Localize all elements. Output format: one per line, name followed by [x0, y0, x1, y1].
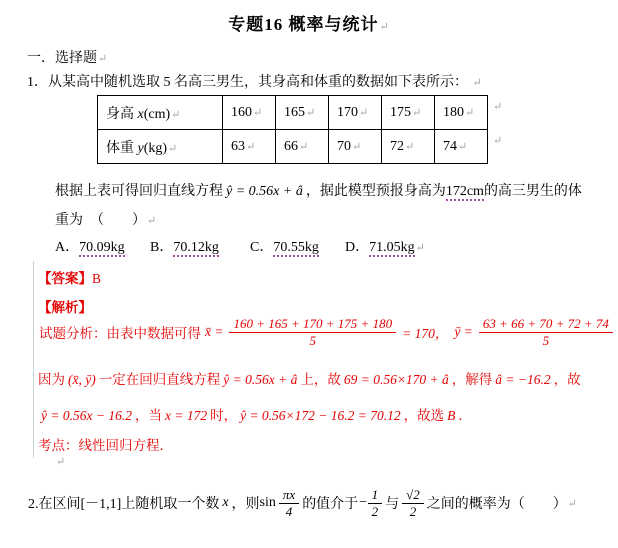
table-row-height: 身高 x(cm)↵ 160↵ 165↵ 170↵ 175↵ 180↵ [98, 96, 488, 130]
question2-text: 与 [385, 493, 399, 513]
table-row-weight: 体重 y(kg)↵ 63↵ 66↵ 70↵ 72↵ 74↵ [98, 130, 488, 164]
section-heading-text: 一．选择题 [27, 51, 97, 66]
question1-stem: 1．从某高中随机选取 5 名高三男生，其身高和体重的数据如下表所示： ↵ [27, 71, 482, 91]
paragraph-mark-icon: ↵ [246, 141, 255, 153]
fraction-numerator: 1 [368, 487, 383, 504]
table-cell: 160↵ [223, 96, 276, 130]
xbar-result: = 170， [402, 322, 448, 342]
analysis-text: ，当 [135, 408, 162, 423]
table-cell: 66↵ [276, 130, 329, 164]
option-letter: A． [55, 240, 79, 255]
paragraph-mark-icon: ↵ [465, 107, 474, 119]
option-d: D．71.05kg↵ [345, 236, 425, 256]
option-b: B．70.12kg [150, 236, 219, 256]
fraction-ybar: 63 + 66 + 70 + 72 + 745 [479, 316, 613, 348]
cell-value: 170 [337, 105, 358, 120]
paragraph-mark-icon: ↵ [493, 100, 502, 113]
section-heading: 一．选择题↵ [27, 47, 107, 67]
paragraph-mark-icon: ↵ [416, 242, 425, 254]
paragraph-mark-icon: ↵ [380, 21, 390, 33]
analysis-text: ，故 [554, 372, 581, 387]
para-text: 的高三男生的体 [484, 184, 582, 199]
analysis-keypoint: 考点：线性回归方程． [38, 434, 173, 454]
option-value: 71.05kg [369, 240, 415, 257]
table-cell: 70↵ [329, 130, 382, 164]
regression-paragraph-line1: 根据上表可得回归直线方程ŷ = 0.56x + â，据此模型预报身高为172cm… [55, 180, 582, 200]
prediction-computation: ŷ = 0.56×172 − 16.2 = 70.12 [240, 408, 401, 423]
paragraph-mark-icon: ↵ [253, 107, 262, 119]
regression-paragraph-line2: 重为 （ ）↵ [55, 209, 156, 229]
analysis-text: 时， [210, 408, 237, 423]
fraction-denominator: 2 [406, 504, 421, 520]
table-cell-height-label: 身高 x(cm)↵ [98, 96, 223, 130]
paragraph-mark-icon: ↵ [306, 107, 315, 119]
fraction-denominator: 5 [539, 333, 554, 349]
question2-text: 之间的概率为（ ） [427, 493, 567, 513]
xbar-equals: x̄ = [205, 324, 223, 340]
answer-label: 【答案】 [38, 271, 92, 286]
analysis-line2: 因为(x̄, ȳ)一定在回归直线方程ŷ = 0.56x + â上，故69 = 0… [38, 368, 581, 388]
table-cell: 63↵ [223, 130, 276, 164]
document-page: 专题16 概率与统计↵ 一．选择题↵ 1．从某高中随机选取 5 名高三男生，其身… [0, 0, 618, 548]
fraction-denominator: 4 [282, 504, 297, 520]
analysis-label-text: 【解析】 [38, 300, 92, 315]
option-a: A．70.09kg [55, 236, 125, 256]
analysis-line3: ŷ = 0.56x − 16.2，当x = 172时，ŷ = 0.56×172 … [38, 404, 472, 424]
keypoint-text: 考点：线性回归方程． [38, 438, 173, 453]
paragraph-mark-icon: ↵ [352, 141, 361, 153]
question2-stem: 2.在区间[－1,1]上随机取一个数 x ，则 sin πx4 的值介于 − 1… [28, 487, 577, 519]
page-title: 专题16 概率与统计↵ [0, 10, 618, 35]
fraction-numerator: 63 + 66 + 70 + 72 + 74 [479, 316, 613, 333]
chosen-option: B [447, 408, 455, 423]
paragraph-mark-icon: ↵ [299, 141, 308, 153]
question2-text: 的值介于 [302, 493, 358, 513]
option-value: 70.12kg [173, 240, 219, 257]
fraction-denominator: 5 [306, 333, 321, 349]
option-letter: C． [250, 240, 273, 255]
cell-text: 身高 [106, 107, 138, 122]
table-cell: 180↵ [435, 96, 488, 130]
paragraph-mark-icon: ↵ [168, 143, 177, 155]
sin-function: sin [260, 495, 276, 511]
option-letter: B． [150, 240, 173, 255]
minus-sign: − [358, 495, 367, 511]
cell-value: 66 [284, 139, 298, 154]
fraction-numerator: 160 + 165 + 170 + 175 + 180 [229, 316, 396, 333]
analysis-text: 一定在回归直线方程 [99, 372, 221, 387]
height-value-underlined: 172cm [446, 184, 484, 201]
table-cell: 175↵ [382, 96, 435, 130]
cell-value: 63 [231, 139, 245, 154]
paragraph-mark-icon: ↵ [98, 53, 107, 65]
cell-value: 160 [231, 105, 252, 120]
analysis-text: 因为 [38, 372, 65, 387]
cell-unit: (cm) [144, 107, 170, 122]
cell-value: 72 [390, 139, 404, 154]
cell-unit: (kg) [144, 141, 167, 156]
regression-equation: ŷ = 0.56x + â [226, 184, 303, 199]
x-value: x = 172 [165, 408, 207, 423]
para-text: ，据此模型预报身高为 [306, 184, 446, 199]
analysis-text: 上，故 [300, 372, 341, 387]
fraction-numerator: √2 [402, 487, 424, 504]
option-letter: D． [345, 240, 369, 255]
cell-value: 70 [337, 139, 351, 154]
option-value: 70.09kg [79, 240, 125, 257]
question1-stem-text: 1．从某高中随机选取 5 名高三男生，其身高和体重的数据如下表所示： [27, 75, 468, 90]
cell-value: 180 [443, 105, 464, 120]
fraction-one-half: 12 [368, 487, 383, 519]
substitution-equation: 69 = 0.56×170 + â [344, 372, 449, 387]
table-cell-weight-label: 体重 y(kg)↵ [98, 130, 223, 164]
paragraph-mark-icon: ↵ [493, 134, 502, 147]
fraction-pi-x-over-4: πx4 [279, 487, 299, 519]
fraction-numerator: πx [279, 487, 299, 504]
paragraph-mark-icon: ↵ [405, 141, 414, 153]
answer-line: 【答案】B [38, 267, 101, 287]
a-hat-solution: â = −16.2 [495, 372, 550, 387]
analysis-label: 【解析】 [38, 296, 92, 316]
analysis-text: ，故选 [404, 408, 445, 423]
paragraph-mark-icon: ↵ [171, 109, 180, 121]
answer-value: B [92, 271, 101, 286]
cell-value: 74 [443, 139, 457, 154]
variable-x: x [222, 495, 228, 511]
analysis-line1: 试题分析：由表中数据可得 x̄ = 160 + 165 + 170 + 175 … [38, 316, 618, 348]
height-weight-table: 身高 x(cm)↵ 160↵ 165↵ 170↵ 175↵ 180↵ 体重 y(… [97, 95, 488, 164]
ybar-equals: ȳ = [454, 324, 472, 340]
fraction-xbar: 160 + 165 + 170 + 175 + 1805 [229, 316, 396, 348]
cell-value: 165 [284, 105, 305, 120]
question2-text: ，则 [232, 493, 260, 513]
cell-value: 175 [390, 105, 411, 120]
analysis-text: ，解得 [452, 372, 493, 387]
paragraph-mark-icon: ↵ [458, 141, 467, 153]
analysis-text: ． [458, 408, 472, 423]
table-cell: 165↵ [276, 96, 329, 130]
table-cell: 74↵ [435, 130, 488, 164]
analysis-text: 试题分析：由表中数据可得 [39, 322, 201, 342]
final-equation: ŷ = 0.56x − 16.2 [41, 408, 132, 423]
solution-block-rule [33, 261, 34, 458]
para-text: 根据上表可得回归直线方程 [55, 184, 223, 199]
regression-equation: ŷ = 0.56x + â [223, 372, 297, 387]
point-xbar-ybar: (x̄, ȳ) [68, 372, 96, 387]
para-text: 重为 （ ） [55, 213, 146, 228]
paragraph-mark-icon: ↵ [568, 497, 577, 510]
table-cell: 72↵ [382, 130, 435, 164]
page-title-text: 专题16 概率与统计 [228, 15, 378, 34]
table-cell: 170↵ [329, 96, 382, 130]
question2-text: 2.在区间[－1,1]上随机取一个数 [28, 493, 219, 513]
cell-text: 体重 [106, 141, 138, 156]
paragraph-mark-icon: ↵ [147, 215, 156, 227]
option-c: C．70.55kg [250, 236, 319, 256]
fraction-denominator: 2 [368, 504, 383, 520]
fraction-sqrt2-over-2: √22 [402, 487, 424, 519]
paragraph-mark-icon: ↵ [473, 77, 482, 89]
option-value: 70.55kg [273, 240, 319, 257]
paragraph-mark-icon: ↵ [56, 455, 65, 468]
paragraph-mark-icon: ↵ [359, 107, 368, 119]
paragraph-mark-icon: ↵ [412, 107, 421, 119]
